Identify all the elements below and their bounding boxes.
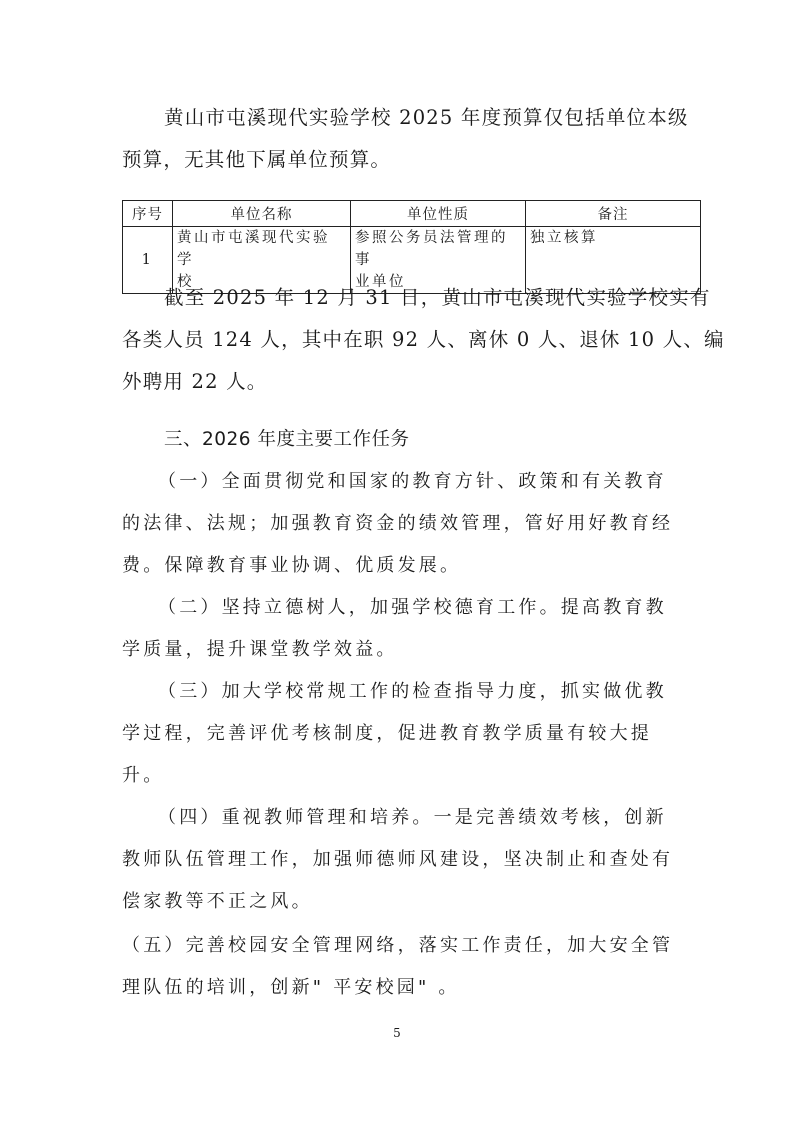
task-1-line-1: （一）全面贯彻党和国家的教育方针、政策和有关教育 [122, 468, 736, 496]
task-5-line-2: 理队伍的培训，创新" 平安校园" 。 [122, 974, 700, 1002]
staff-line-1: 截至 2025 年 12 月 31 日，黄山市屯溪现代实验学校实有 [122, 284, 742, 312]
document-page: 黄山市屯溪现代实验学校 2025 年度预算仅包括单位本级 预算，无其他下属单位预… [0, 0, 794, 1122]
unit-table: 序号 单位名称 单位性质 备注 1 黄山市屯溪现代实验学 校 参照公务员法管理的… [122, 200, 701, 294]
task-2-line-1: （二）坚持立德树人，加强学校德育工作。提高教育教 [122, 594, 736, 622]
task-5-line-1: （五）完善校园安全管理网络，落实工作责任，加大安全管 [122, 932, 700, 960]
task-4-line-2: 教师队伍管理工作，加强师德师风建设，坚决制止和查处有 [122, 846, 700, 874]
page-number: 5 [0, 1026, 794, 1040]
table-header-row: 序号 单位名称 单位性质 备注 [123, 201, 701, 227]
staff-line-3: 外聘用 22 人。 [122, 368, 700, 396]
intro-line-1: 黄山市屯溪现代实验学校 2025 年度预算仅包括单位本级 [122, 104, 742, 132]
header-index: 序号 [123, 201, 173, 227]
task-4-line-3: 偿家教等不正之风。 [122, 888, 700, 916]
section-heading: 三、2026 年度主要工作任务 [122, 426, 742, 454]
task-1-line-3: 费。保障教育事业协调、优质发展。 [122, 552, 700, 580]
unit-name-line-1: 黄山市屯溪现代实验学 [177, 227, 346, 271]
task-2-line-2: 学质量，提升课堂教学效益。 [122, 636, 700, 664]
intro-line-2: 预算，无其他下属单位预算。 [122, 146, 700, 174]
task-3-line-1: （三）加大学校常规工作的检查指导力度，抓实做优教 [122, 678, 736, 706]
unit-nature-line-1: 参照公务员法管理的事 [355, 227, 521, 271]
header-unit-nature: 单位性质 [351, 201, 526, 227]
task-4-line-1: （四）重视教师管理和培养。一是完善绩效考核，创新 [122, 804, 736, 832]
task-3-line-3: 升。 [122, 762, 700, 790]
header-unit-name: 单位名称 [173, 201, 351, 227]
header-remark: 备注 [526, 201, 701, 227]
staff-line-2: 各类人员 124 人，其中在职 92 人、离休 0 人、退休 10 人、编 [122, 326, 700, 354]
task-1-line-2: 的法律、法规；加强教育资金的绩效管理，管好用好教育经 [122, 510, 700, 538]
task-3-line-2: 学过程，完善评优考核制度，促进教育教学质量有较大提 [122, 720, 700, 748]
